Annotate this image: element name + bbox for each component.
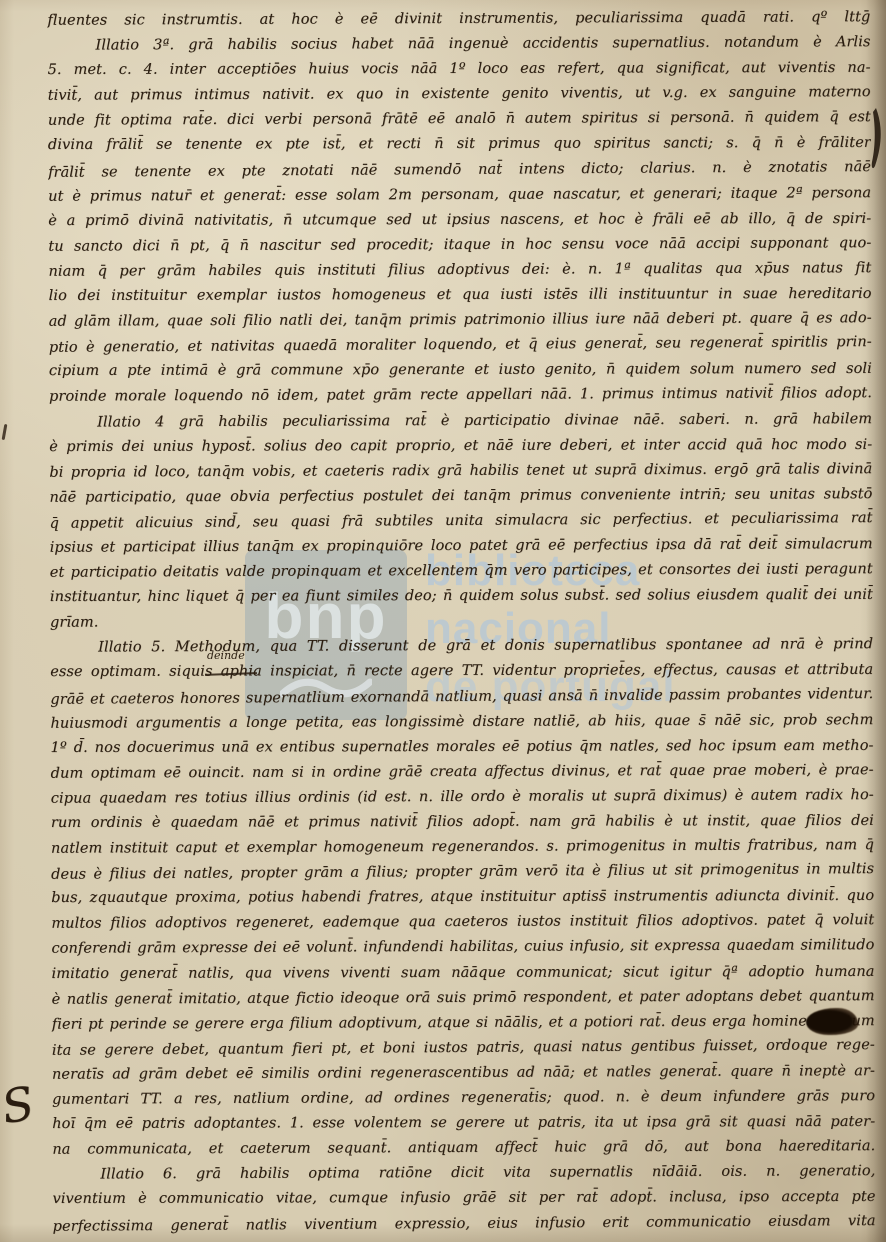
- manuscript-line: è primis dei unius hypost̄. solius deo c…: [49, 432, 872, 459]
- manuscript-line: Illatio 6. grā habilis optima ratiōne di…: [52, 1159, 875, 1188]
- manuscript-line: proinde morale loquendo nō idem, patet g…: [49, 382, 872, 411]
- manuscript-line: cipium a pte intimā è grā commune xp̄o g…: [49, 357, 872, 384]
- manuscript-line: divina frālit̄ se tenente ex pte ist̄, e…: [48, 131, 871, 158]
- manuscript-line: rum ordinis è quaedam nāē et primus nati…: [51, 809, 874, 836]
- manuscript-line: niam q̄ per grām habiles quis instituti …: [48, 256, 871, 285]
- manuscript-line: grīam.: [50, 607, 873, 636]
- manuscript-line: dum optimam eē ouincit. nam si in ordine…: [51, 758, 874, 787]
- manuscript-line: bi propria id loco, tanq̄m vobis, et cae…: [49, 457, 872, 486]
- manuscript-page: bnp biblioteca nacional de portugal flue…: [0, 0, 886, 1242]
- manuscript-line: grāē et caeteros honores supernatlium ex…: [50, 682, 873, 713]
- manuscript-line: multos filios adoptivos regeneret, eadem…: [51, 908, 874, 937]
- manuscript-line: tu sancto dici n̄ pt, q̄ n̄ nascitur sed…: [48, 231, 871, 260]
- manuscript-text: fluentes sic instrumtis. at hoc è eē div…: [0, 0, 886, 1242]
- manuscript-line: cipua quaedam res totius illius ordinis …: [51, 783, 874, 812]
- page-edge-shadow: [866, 0, 886, 1242]
- manuscript-line: instituantur, hinc liquet q̄ per ea fiun…: [50, 583, 873, 610]
- manuscript-line: è a primō divinā nativitatis, n̄ utcumqu…: [48, 207, 871, 234]
- manuscript-line: huiusmodi argumentis a longe petita, eas…: [50, 708, 873, 737]
- manuscript-line: lio dei instituitur exemplar iustos homo…: [49, 282, 872, 309]
- manuscript-line: è natlis generat̄ imitatio, atque fictio…: [52, 984, 875, 1013]
- manuscript-line: imitatio generat̄ natlis, qua vivens viv…: [52, 959, 875, 986]
- manuscript-line: tivit̄, aut primus intimus nativit. ex q…: [48, 80, 871, 109]
- manuscript-line: Illatio 5. Methodum, qua TT. disserunt d…: [50, 632, 873, 661]
- manuscript-line: gumentari TT. a res, natlium ordine, ad …: [52, 1084, 875, 1113]
- manuscript-line: ipsius et participat illius tanq̄m ex pr…: [50, 532, 873, 561]
- ink-blot: [806, 1008, 858, 1035]
- manuscript-line: fluentes sic instrumtis. at hoc è eē div…: [47, 5, 870, 34]
- manuscript-line: 1º d̄. nos docuerimus unā ex entibus sup…: [51, 734, 874, 761]
- manuscript-line: bus, zquautque proxima, potius habendi f…: [51, 884, 874, 911]
- manuscript-line: ut è primus natur̄ et generat̄: esse sol…: [48, 181, 871, 210]
- manuscript-line: frālit̄ se tenente ex pte znotati nāē su…: [48, 155, 871, 186]
- manuscript-line: 5. met. c. 4. inter acceptiōes huius voc…: [48, 56, 871, 83]
- manuscript-line: conferendi grām expresse dei eē volunt̄.…: [51, 934, 874, 963]
- interlinear-insertion: deinde: [207, 649, 245, 662]
- manuscript-line: viventium è communicatio vitae, cumque i…: [52, 1185, 875, 1212]
- manuscript-line: neratīs ad grām debet eē similis ordini …: [52, 1059, 875, 1088]
- manuscript-line: Illatio 4 grā habilis peculiarissima rat…: [49, 407, 872, 436]
- manuscript-line: hoī q̄m eē patris adoptantes. 1. esse vo…: [52, 1110, 875, 1137]
- manuscript-line: et participatio deitatis valde propinqua…: [50, 557, 873, 586]
- manuscript-line: Illatio 3ª. grā habilis socius habet nāā…: [47, 30, 870, 59]
- manuscript-line: na communicata, et caeterum sequant̄. an…: [52, 1134, 875, 1163]
- manuscript-line: esse optimam. siquis aphia inspiciat, n̄…: [50, 658, 873, 685]
- manuscript-line: perfectissima generat̄ natlis viventium …: [53, 1209, 876, 1240]
- manuscript-line: unde fit optima rat̄e. dici verbi person…: [48, 106, 871, 135]
